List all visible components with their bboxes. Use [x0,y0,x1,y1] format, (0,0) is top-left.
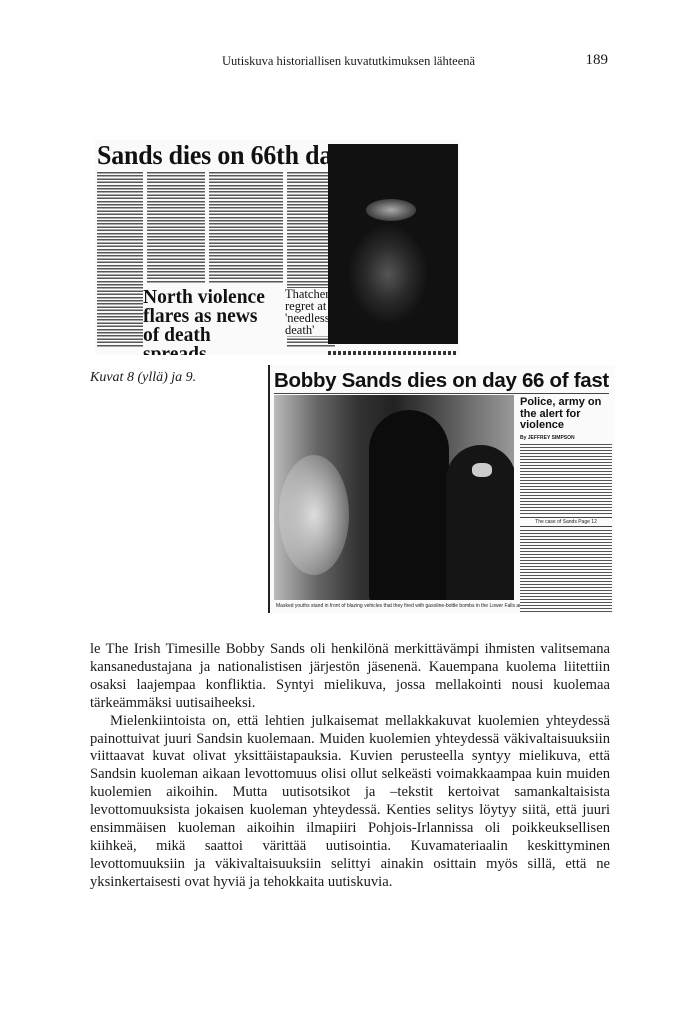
clipping-2-sidebar: Police, army on the alert for violence B… [520,397,612,613]
sidebar-box-ref: The case of Sands Page 12 [520,517,612,527]
paragraph-2: Mielenkiintoista on, että lehtien julkai… [90,713,610,892]
masked-youths-photo [274,395,514,600]
sidebar-text-2 [520,530,612,614]
figure-caption: Kuvat 8 (yllä) ja 9. [90,370,196,386]
headline-rule [274,393,609,394]
running-title: Uutiskuva historiallisen kuvatutkimuksen… [222,54,475,69]
paragraph-1: le The Irish Timesille Bobby Sands oli h… [90,641,610,713]
clipping-2-headline: Bobby Sands dies on day 66 of fast [274,369,609,393]
clipping-1-sidebar-headline: Thatcher regret at 'needless death' [285,288,329,336]
newspaper-clipping-1: Sands dies on 66th day North violence fl… [95,140,460,355]
sidebar-byline: By JEFFREY SIMPSON [520,435,612,441]
portrait-photo [328,144,458,344]
sidebar-headline: Police, army on the alert for violence [520,397,612,432]
newspaper-clipping-2: Bobby Sands dies on day 66 of fast Maske… [268,365,615,613]
page-number: 189 [586,52,609,69]
body-text: le The Irish Timesille Bobby Sands oli h… [90,641,610,892]
photo-caption: Masked youths stand in front of blazing … [276,603,550,609]
clipping-1-headline: Sands dies on 66th day [97,140,345,171]
clipping-1-subheadline: North violence flares as news of death s… [143,288,278,355]
running-head: Uutiskuva historiallisen kuvatutkimuksen… [90,54,610,74]
sidebar-text [520,444,612,514]
